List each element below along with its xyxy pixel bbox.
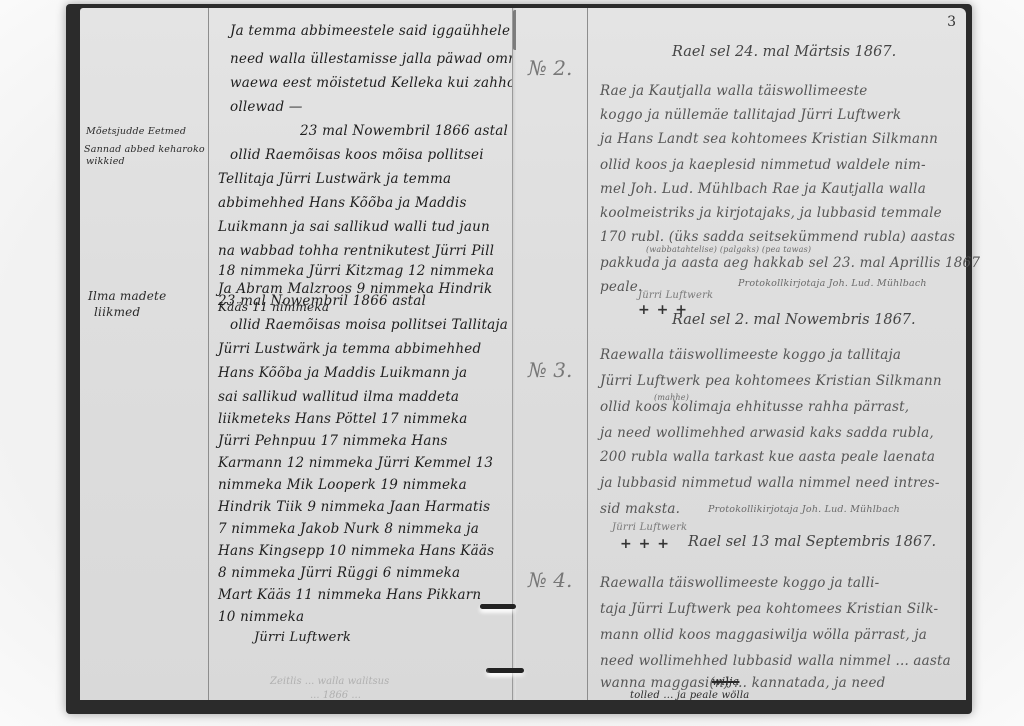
entry-line: Raewalla täiswollimeeste koggo ja tallit… [600,346,901,364]
margin-note: liikmed [94,306,140,318]
continuation-line: need walla üllestamisse jalla päwad omma [230,50,529,68]
entry-line: 23 mal Nowembril 1866 astal [300,122,508,140]
entry-line: koggo ja nüllemäe tallitajad Jürri Luftw… [600,106,901,124]
right-margin-rule [587,8,588,700]
bleed-through-text: Zeitlis ... walla walitsus [270,676,389,687]
entry-line: liikmeteks Hans Pöttel 17 nimmeka [218,410,468,428]
entry-line: 18 nimmeka Jürri Kitzmag 12 nimmeka [218,262,494,280]
continuation-line: Ja temma abbimeestele said iggaühhele [230,22,510,40]
margin-note: Sannad abbed keharoko [84,144,205,156]
margin-note: wikkied [86,156,125,168]
entry-heading: Rael sel 2. mal Nowembris 1867. [672,312,916,328]
entry-line: Luikmann ja sai sallikud walli tud jaun [218,218,490,236]
page-number: 3 [947,14,956,30]
entry-line: Hans Kõõba ja Maddis Luikmann ja [218,364,467,382]
entry-line: ollid koos ja kaeplesid nimmetud waldele… [600,156,926,174]
margin-note: Ilma madete [88,290,166,302]
entry-number: № 4. [528,568,572,592]
entry-line: mann ollid koos maggasiwilja wölla pärra… [600,626,927,644]
entry-line: 10 nimmeka [218,608,304,626]
entry-line: sid maksta. [600,500,680,518]
entry-line: peale. [600,278,642,296]
entry-line: 23 mal Nowembril 1866 astal [218,292,426,310]
entry-heading: Rael sel 13 mal Septembris 1867. [688,534,936,550]
signature: Jürri Luftwerk [612,522,687,533]
left-page: Ja temma abbimeestele said iggaühhele ne… [80,8,516,700]
bleed-through-text: ... 1866 ... [310,690,361,701]
entry-line: 8 nimmeka Jürri Rüggi 6 nimmeka [218,564,460,582]
binding-stitch-hole [480,604,516,609]
entry-line: 200 rubla walla tarkast kue aasta peale … [600,448,935,466]
signature: Jürri Luftwerk [638,290,713,301]
entry-line: sai sallikud wallitud ilma maddeta [218,388,459,406]
right-page: 3 № 2. Rael sel 24. mal Märtsis 1867. Ra… [516,8,966,700]
entry-line: Hindrik Tiik 9 nimmeka Jaan Harmatis [218,498,490,516]
struck-text: wilja [712,676,739,688]
entry-line: ja lubbasid nimmetud walla nimmel need i… [600,474,940,492]
left-margin-rule [208,8,209,700]
entry-line: Jürri Lustwärk ja temma abbimehhed [218,340,481,358]
entry-line: mel Joh. Lud. Mühlbach Rae ja Kautjalla … [600,180,926,198]
entry-line: ollid koos kolimaja ehhitusse rahha pärr… [600,398,909,416]
entry-heading: Rael sel 24. mal Märtsis 1867. [672,44,896,60]
entry-line: na wabbad tohha rentnikutest Jürri Pill [218,242,494,260]
entry-line: ollid Raemõisas koos mõisa pollitsei [230,146,484,164]
entry-line: Jürri Pehnpuu 17 nimmeka Hans [218,432,448,450]
entry-line: nimmeka Mik Looperk 19 nimmeka [218,476,467,494]
continuation-line: waewa eest möistetud Kelleka kui zahho [230,74,515,92]
entry-line: Raewalla täiswollimeeste koggo ja talli- [600,574,879,592]
entry-line: ja Hans Landt sea kohtomees Kristian Sil… [600,130,938,148]
entry-line: Karmann 12 nimmeka Jürri Kemmel 13 [218,454,493,472]
entry-line: Mart Kääs 11 nimmeka Hans Pikkarn [218,586,481,604]
signature: Jürri Luftwerk [254,630,351,645]
entry-line: Jürri Luftwerk pea kohtomees Kristian Si… [600,372,942,390]
entry-line: 7 nimmeka Jakob Nurk 8 nimmeka ja [218,520,479,538]
binding-stitch-hole [488,668,524,673]
entry-line: Tellitaja Jürri Lustwärk ja temma [218,170,451,188]
entry-line: need wollimehhed lubbasid walla nimmel .… [600,652,951,670]
clerk-note: Protokollikirjotaja Joh. Lud. Mühlbach [708,504,900,516]
margin-note: Mõetsjudde Eetmed [86,126,186,138]
bottom-insertion: tolled ... ja peale wölla [630,690,749,702]
entry-line: taja Jürri Luftwerk pea kohtomees Kristi… [600,600,938,618]
entry-line: Hans Kingsepp 10 nimmeka Hans Kääs [218,542,494,560]
entry-line: abbimehhed Hans Kõõba ja Maddis [218,194,467,212]
entry-line: koolmeistriks ja kirjotajaks, ja lubbasi… [600,204,942,222]
entry-line: ja need wollimehhed arwasid kaks sadda r… [600,424,934,442]
entry-number: № 2. [528,56,572,80]
signature-crosses: + + + [620,536,670,552]
entry-number: № 3. [528,358,572,382]
entry-line: pakkuda ja aasta aeg hakkab sel 23. mal … [600,254,980,272]
entry-line: ollid Raemõisas moisa pollitsei Tallitaj… [230,316,508,334]
clerk-note: Protokollkirjotaja Joh. Lud. Mühlbach [738,278,927,290]
entry-line: Rae ja Kautjalla walla täiswollimeeste [600,82,867,100]
continuation-line: ollewad — [230,98,303,116]
